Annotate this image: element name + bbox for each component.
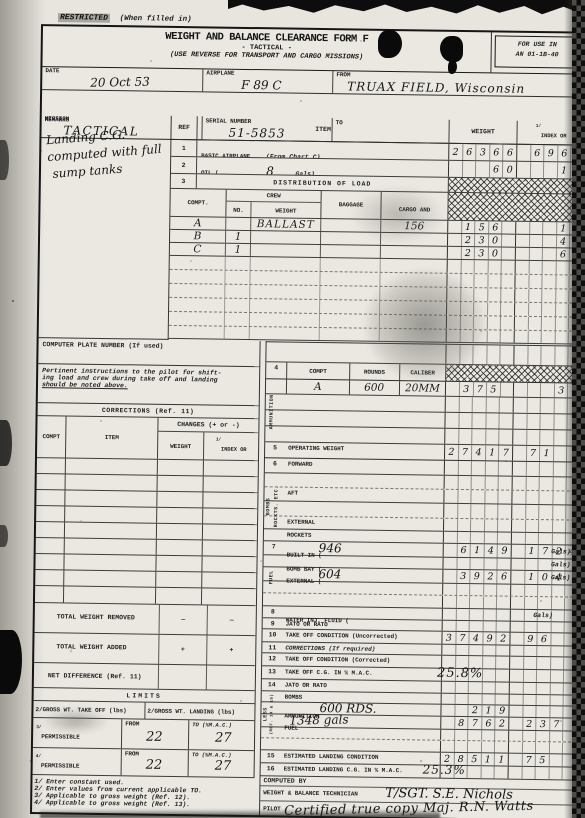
technician-label: WEIGHT & BALANCE TECHNICIAN [263, 789, 358, 797]
takeoff-from-cell: FROM 22 [121, 719, 188, 749]
edge-mark [0, 525, 8, 547]
from-value: TRUAX FIELD, Wisconsin [347, 79, 525, 95]
fuel-vertical-label: FUEL [268, 554, 275, 600]
takeoff-to-value: 27 [215, 731, 232, 746]
external-gals-value: 604 [318, 567, 341, 581]
crosshatch-block [446, 365, 582, 383]
external-label: EXTERNAL [284, 517, 443, 531]
weight-grid: 60 [448, 161, 516, 178]
corr-compt-header: COMPT [37, 416, 66, 457]
total-added-row: TOTAL WEIGHT ADDED + + [34, 633, 255, 666]
takeoff-cg-label: TAKE OFF C.G. IN % M.A.C. [282, 667, 441, 681]
ammo-rounds-value: 600 [349, 380, 399, 395]
landing-from-cell: FROM 22 [121, 749, 188, 776]
date-label: DATE [45, 67, 59, 74]
builtin-gals-value: 946 [319, 541, 342, 555]
ammo-caliber-value: 20MM [398, 381, 445, 396]
total-added-label: TOTAL WEIGHT ADDED [34, 633, 158, 664]
corrections-header: COMPT ITEM CHANGES (+ or -) WEIGHT 1/IND… [37, 416, 259, 461]
less-ref-vertical-label: (REF. 14 & 15) [270, 686, 275, 742]
total-removed-row: TOTAL WEIGHT REMOVED — — [35, 603, 256, 636]
crew-no-header: NO. [226, 202, 251, 218]
weight-grid: 156 [447, 221, 515, 234]
torn-edge-top [228, 0, 585, 15]
landing-to-cell: TO (%M.A.C.) 27 [188, 750, 254, 777]
rockets-label: ROCKETS [284, 530, 443, 543]
permissible-landing-label: 4/PERMISSIBLE C.G. LANDING [33, 748, 121, 775]
restricted-banner: RESTRICTED (When filled in) [58, 6, 192, 26]
remarks-handwriting: Landing C.G. computed with full sump tan… [46, 125, 164, 181]
permissible-landing-row: 4/PERMISSIBLE C.G. LANDING FROM 22 TO (%… [33, 748, 254, 778]
total-added-weight: + [158, 635, 206, 665]
footnotes: 1/ Enter constant used. 2/ Enter values … [34, 778, 260, 809]
computer-plate-box: COMPUTER PLATE NUMBER (If used) [38, 338, 260, 367]
gross-landing-label: 2/GROSS WT. LANDING (lbs) [144, 703, 254, 721]
row-number: 11 [262, 642, 282, 652]
compt-header: COMPT. [170, 189, 225, 217]
landing-from-value: 22 [146, 758, 163, 773]
fuel-builtin-cell: BUILT IN ( 946 Gals) [284, 542, 443, 557]
smudge [40, 708, 110, 734]
total-removed-label: TOTAL WEIGHT REMOVED [35, 603, 159, 634]
net-difference-row: NET DIFFERENCE (Ref. 11) [34, 663, 255, 691]
cargo-value [380, 246, 447, 259]
bombs-vertical-label: BOMBS [265, 474, 272, 538]
scanned-form-f: RESTRICTED (When filled in) WEIGHT AND B… [0, 0, 585, 818]
landing-footnote: 4/ [36, 754, 41, 759]
baggage-value [320, 245, 380, 258]
item-header: ITEM [196, 116, 448, 143]
scan-speckles [0, 0, 2, 2]
permissible-landing-line1: PERMISSIBLE [41, 762, 80, 770]
less-fuel-cell: FUEL 1348 gals [281, 715, 440, 729]
forward-label: FORWARD [285, 459, 444, 475]
ink-blot [440, 36, 463, 62]
index-footnote-mark: 1/ [536, 124, 541, 129]
from-label: FROM [125, 720, 139, 727]
corr-index-footnote: 1/ [216, 438, 221, 443]
row-number: 2 [171, 157, 196, 173]
section-number: 7 [264, 541, 284, 554]
fuel-bombbay-cell: BOMB BAY ( Gals) [283, 556, 442, 569]
smudge [365, 270, 485, 380]
landing-cg-value: 25.3% [423, 762, 466, 777]
water-inj-cell: WATER INJ. FLUID ( Gals) [283, 607, 442, 620]
total-removed-index: — [207, 605, 256, 635]
crew-no-value [225, 218, 250, 230]
crew-weight-value: BALLAST [250, 218, 320, 231]
row-number: 9 [263, 618, 283, 628]
weight-grid: 8762 [440, 717, 508, 730]
takeoff-footnote: 3/ [36, 725, 41, 730]
edge-smudge-bottom [40, 809, 440, 818]
restricted-qualifier: (When filled in) [120, 15, 192, 24]
compt-value: C [170, 243, 225, 256]
compt-value: B [170, 230, 225, 243]
row-number: 3 [171, 174, 196, 188]
aft-label: AFT [284, 488, 443, 503]
weight-grid: 230 [447, 234, 515, 247]
edge-mark [0, 420, 12, 466]
less-jato-label: JATO OR RATO [282, 680, 441, 693]
computer-plate-label: COMPUTER PLATE NUMBER (If used) [43, 341, 164, 350]
rockets-vertical-label: ROCKTS. ETC. [273, 472, 280, 540]
corr-weight-header: WEIGHT [158, 432, 204, 460]
landing-condition-label: ESTIMATED LANDING CONDITION [281, 750, 440, 764]
total-removed-weight: — [159, 605, 207, 635]
takeoff-uncorrected-label: TAKE OFF CONDITION (Uncorrected) [282, 630, 441, 644]
weight-header: WEIGHT [448, 120, 516, 144]
permissible-takeoff-line1: PERMISSIBLE [41, 733, 80, 741]
row-number: 5 [265, 442, 285, 457]
scan-edge-right [572, 0, 585, 818]
weight-grid: 6149 [443, 544, 511, 558]
pilot-instructions: Pertinent instructions to the pilot for … [38, 364, 261, 406]
form-frame: WEIGHT AND BALANCE CLEARANCE FORM F - TA… [30, 24, 585, 818]
weight-grid: 375 [445, 382, 513, 397]
total-added-index: + [206, 635, 255, 665]
compt-value: A [170, 217, 225, 230]
row-number: 1 [171, 140, 196, 156]
from-label: FROM [125, 750, 139, 757]
airplane-value: F 89 C [241, 78, 282, 93]
index-header-line1: INDEX OR [541, 132, 567, 139]
takeoff-corrected-label: TAKE OFF CONDITION (Corrected) [282, 654, 441, 668]
crew-header-group: CREW NO. WEIGHT [225, 190, 320, 218]
corr-index-line1: INDEX OR [221, 446, 247, 453]
takeoff-cg-value: 25.8% [437, 666, 484, 682]
remarks-box: REMARKS Landing C.G. computed with full … [39, 114, 172, 340]
weight-grid: 230 [447, 247, 515, 260]
corr-changes-group: CHANGES (+ or -) WEIGHT 1/INDEX OR MOM/ [157, 418, 259, 460]
fuel-external-cell: EXTERNAL ( 604 Gals) [283, 568, 442, 583]
weight-grid: 37492 [441, 632, 509, 645]
remarks-label: REMARKS [45, 116, 70, 123]
net-difference-label: NET DIFFERENCE (Ref. 11) [34, 663, 158, 689]
to-label: TO (%M.A.C.) [192, 751, 232, 759]
to-label: TO (%M.A.C.) [192, 721, 232, 729]
restricted-label: RESTRICTED [58, 13, 110, 23]
row-number: 12 [262, 653, 282, 665]
crew-weight-value [250, 244, 320, 257]
crew-weight-header: WEIGHT [251, 202, 320, 218]
section-number: 6 [265, 458, 285, 472]
row-number: 15 [261, 750, 281, 762]
airplane-field: AIRPLANE F 89 C [202, 68, 332, 93]
ammunition-vertical-label: AMMUNITION [268, 382, 275, 440]
weight-grid: 3926 [442, 570, 510, 584]
crew-no-value: 1 [225, 244, 250, 256]
lower-table: 4 COMPT ROUNDS CALIBER A 600 20MM 375 34… [260, 341, 582, 780]
less-fuel-value: 1348 gals [289, 712, 348, 727]
gals-label: Gals) [533, 612, 553, 619]
from-label: FROM [336, 71, 350, 78]
corrections-table: CORRECTIONS (Ref. 11) COMPT ITEM CHANGES… [35, 403, 260, 606]
row-number: 16 [261, 763, 281, 775]
title-divider [490, 32, 492, 72]
smudge [350, 185, 445, 245]
from-field: FROM TRUAX FIELD, Wisconsin [332, 70, 585, 97]
corr-item-header: ITEM [65, 416, 158, 458]
form-title-block: WEIGHT AND BALANCE CLEARANCE FORM F - TA… [43, 29, 491, 63]
edge-mark [0, 140, 9, 180]
row-number: 10 [262, 629, 282, 641]
crew-weight-value [250, 231, 320, 244]
crew-no-value: 1 [225, 231, 250, 243]
weight-grid: 26366 [448, 144, 516, 161]
ammo-compt-header: COMPT [286, 363, 349, 380]
ammo-compt-value: A [286, 380, 349, 395]
date-value: 20 Oct 53 [90, 75, 150, 90]
landing-to-value: 27 [215, 759, 232, 774]
changes-header: CHANGES (+ or -) [158, 418, 258, 433]
airplane-label: AIRPLANE [206, 69, 234, 76]
less-vertical-label: LESS [262, 690, 269, 738]
totals-limits: TOTAL WEIGHT REMOVED — — TOTAL WEIGHT AD… [33, 603, 257, 778]
date-field: DATE 20 Oct 53 [42, 66, 202, 91]
takeoff-to-cell: TO (%M.A.C.) 27 [188, 720, 254, 750]
takeoff-from-value: 22 [146, 730, 163, 745]
ref-header: REF [171, 116, 196, 139]
operating-weight-label: OPERATING WEIGHT [285, 443, 444, 460]
weight-grid: 219 [440, 705, 508, 717]
section-number: 4 [266, 362, 286, 378]
row-number: 13 [262, 666, 282, 678]
row-number: 8 [263, 606, 283, 617]
weight-grid: 27417 [444, 445, 512, 461]
